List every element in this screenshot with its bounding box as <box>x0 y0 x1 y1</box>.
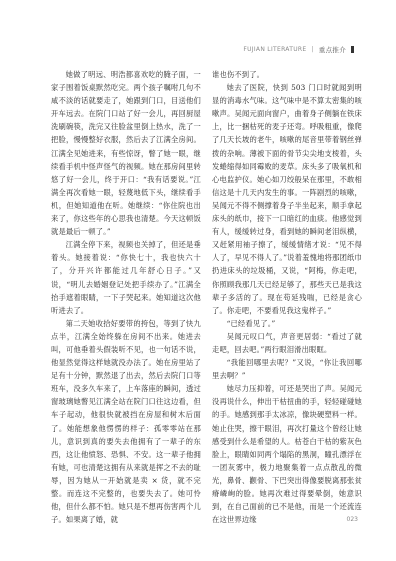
paragraph-continuation: 谁也伤不到了。 <box>212 68 362 81</box>
paragraph: “已经看见了。” <box>212 317 362 330</box>
paragraph: 吴闻元叹口气，声音更居弱：“看过了就走吧，回去吧。”两行眼泪滑出眼眶。 <box>212 330 362 356</box>
running-header: FUJIAN LITERATURE | 重点推介 <box>243 45 354 54</box>
section-title: 重点推介 <box>319 45 346 54</box>
journal-name: FUJIAN LITERATURE <box>243 46 306 53</box>
section-marker-icon <box>351 46 354 53</box>
paragraph: 她尽力压抑着，可还是哭出了声。吴闻元没再说什么，伸出干枯扭曲的手，轻轻碰碰她的手… <box>212 382 362 526</box>
paragraph: 第二天她收拾好要带的挎包，等到了快九点半，江满全始终躲在房间不出来。她进去叫，可… <box>51 317 201 527</box>
paragraph: 江满全停下来，视频也关掉了，但还是垂着头。她接着说：“你快七十，我也快六十了，分… <box>51 238 201 317</box>
paragraph: 她去了医院，快到 503 门口时就闻到明显的消毒水气味。这气味中是不算太密集的咳… <box>212 81 362 317</box>
page-number: 023 <box>347 516 358 523</box>
header-separator: | <box>311 46 313 53</box>
paragraph: 她做了明远、明浩都喜欢吃的腌子面，一家子围着饭桌默然吃完。两个孩子嘱咐几句不咸不… <box>51 68 201 238</box>
right-column: 谁也伤不到了。 她去了医院，快到 503 门口时就闻到明显的消毒水气味。这气味中… <box>212 68 362 526</box>
paragraph: “我能回哪里去呢？”又说，“你让我回哪里去啊？” <box>212 356 362 382</box>
left-column: 她做了明远、明浩都喜欢吃的腌子面，一家子围着饭桌默然吃完。两个孩子嘱咐几句不咸不… <box>51 68 201 526</box>
